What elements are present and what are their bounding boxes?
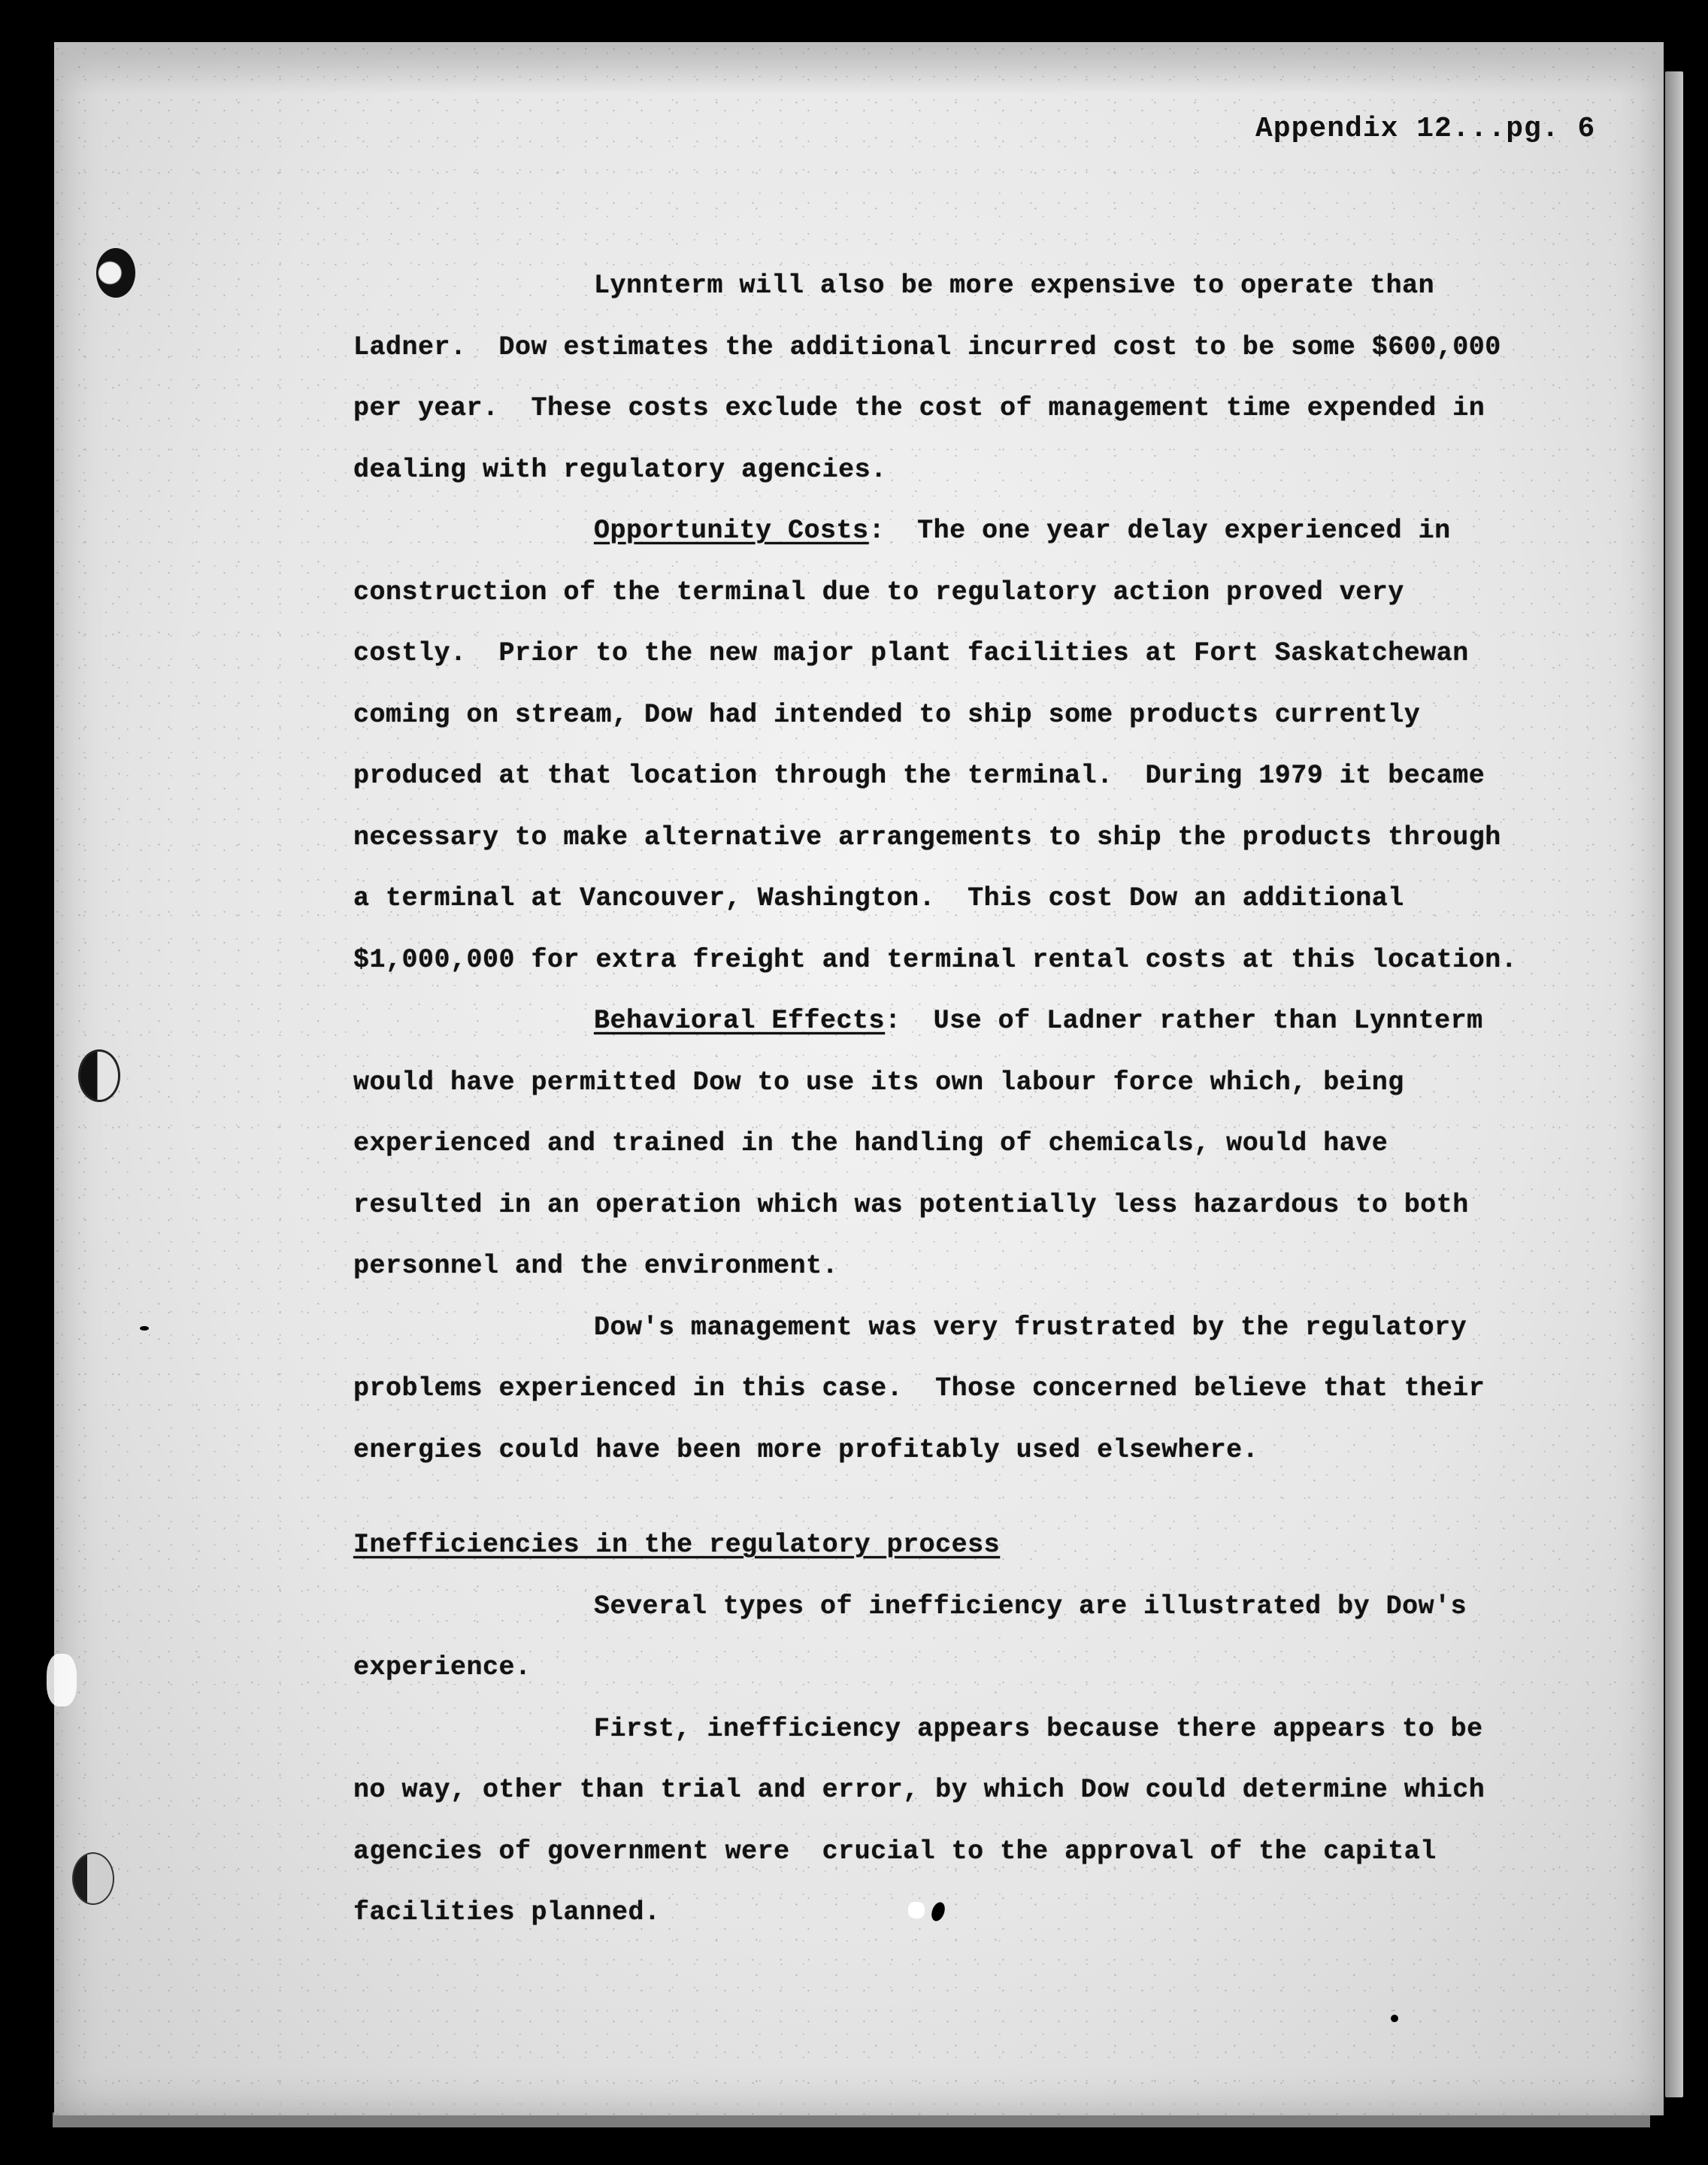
text-line: problems experienced in this case. Those… [353,1358,1526,1420]
paragraph-first-inefficiency: First, inefficiency appears because ther… [353,1699,1526,1944]
paragraph-management-frustration: Dow's management was very frustrated by … [353,1297,1526,1482]
text-line: Several types of inefficiency are illust… [353,1576,1526,1638]
scan-artifact [47,1654,77,1706]
paragraph-inefficiency-intro: Several types of inefficiency are illust… [353,1576,1526,1699]
underlying-page-edge [1665,71,1683,2097]
text-line: facilities planned. [353,1882,1526,1944]
text-line: Opportunity Costs: The one year delay ex… [353,501,1526,562]
punch-hole-icon [78,1049,120,1102]
text-line: construction of the terminal due to regu… [353,562,1526,624]
text-fragment: : Use of Ladner rather than Lynnterm [885,1006,1483,1036]
text-line: resulted in an operation which was poten… [353,1175,1526,1237]
text-fragment: : The one year delay experienced in [869,516,1451,546]
text-line: agencies of government were crucial to t… [353,1821,1526,1883]
text-line: Ladner. Dow estimates the additional inc… [353,317,1526,379]
spacer [353,1481,1526,1515]
page-number-header: Appendix 12...pg. 6 [1255,113,1595,145]
text-line: Behavioral Effects: Use of Ladner rather… [353,991,1526,1052]
text-line: experienced and trained in the handling … [353,1113,1526,1175]
text-line: per year. These costs exclude the cost o… [353,378,1526,440]
text-line: experience. [353,1637,1526,1699]
text-line: produced at that location through the te… [353,746,1526,807]
text-line: personnel and the environment. [353,1236,1526,1297]
text-line: costly. Prior to the new major plant fac… [353,623,1526,685]
text-line: First, inefficiency appears because ther… [353,1699,1526,1761]
subheading-behavioral-effects: Behavioral Effects [594,1006,885,1036]
text-line: energies could have been more profitably… [353,1420,1526,1482]
text-line: no way, other than trial and error, by w… [353,1760,1526,1821]
document-body: Lynnterm will also be more expensive to … [353,256,1526,1944]
punch-hole-icon [72,1852,114,1905]
text-line: $1,000,000 for extra freight and termina… [353,930,1526,992]
paragraph-opportunity-costs: Opportunity Costs: The one year delay ex… [353,501,1526,991]
subheading-opportunity-costs: Opportunity Costs [594,516,869,546]
text-line: dealing with regulatory agencies. [353,440,1526,501]
text-line: Dow's management was very frustrated by … [353,1297,1526,1359]
ink-blot [1391,2015,1398,2022]
section-heading-text: Inefficiencies in the regulatory process [353,1530,1000,1560]
text-line: coming on stream, Dow had intended to sh… [353,685,1526,746]
punch-hole-icon [96,248,135,298]
paragraph-operating-cost: Lynnterm will also be more expensive to … [353,256,1526,501]
ink-blot [140,1326,149,1331]
section-heading: Inefficiencies in the regulatory process [353,1515,1526,1576]
text-line: a terminal at Vancouver, Washington. Thi… [353,868,1526,930]
paragraph-behavioral-effects: Behavioral Effects: Use of Ladner rather… [353,991,1526,1297]
text-line: necessary to make alternative arrangemen… [353,807,1526,869]
text-line: Lynnterm will also be more expensive to … [353,256,1526,317]
text-line: would have permitted Dow to use its own … [353,1052,1526,1114]
